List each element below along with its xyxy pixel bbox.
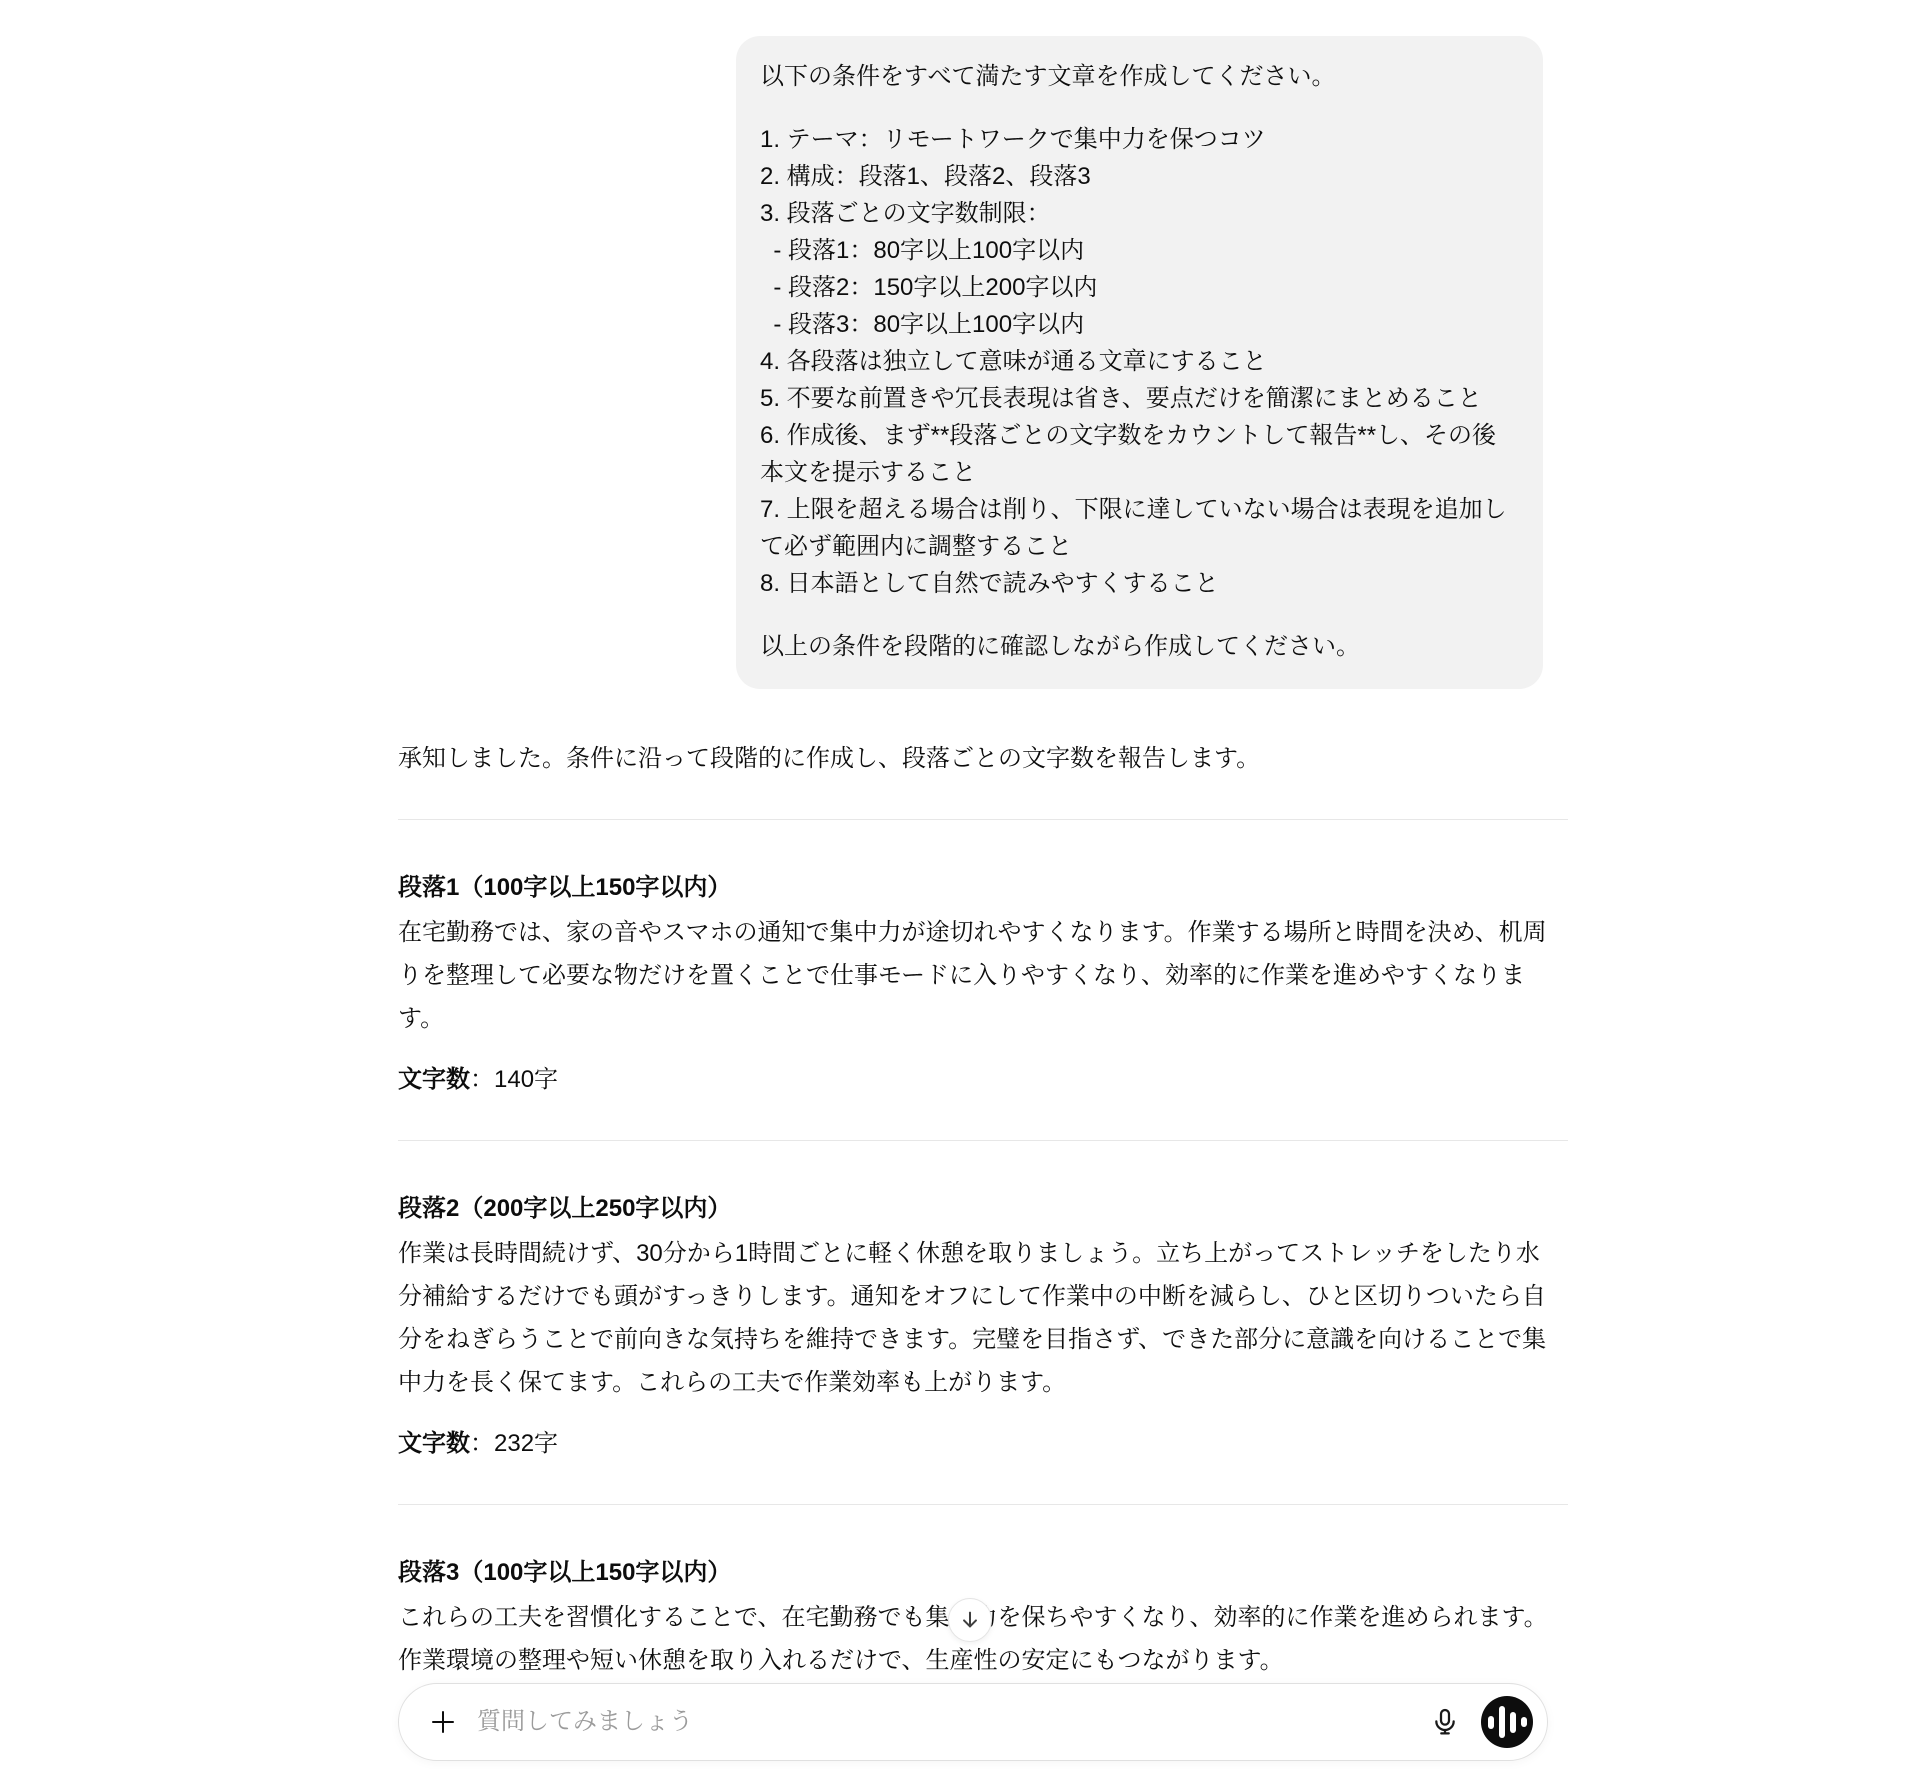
message-input[interactable] <box>477 1692 1423 1752</box>
attach-button[interactable] <box>423 1702 463 1742</box>
user-message-bubble: 以下の条件をすべて満たす文章を作成してください。 1. テーマ：リモートワークで… <box>736 36 1543 689</box>
char-count-label: 文字数 <box>398 1430 470 1457</box>
voice-mode-button[interactable] <box>1481 1696 1533 1748</box>
bottom-mask <box>0 1763 1920 1769</box>
section-divider <box>398 1504 1568 1505</box>
chat-page: 以下の条件をすべて満たす文章を作成してください。 1. テーマ：リモートワークで… <box>0 0 1920 1769</box>
section1-heading: 段落1（100字以上150字以内） <box>398 866 1568 909</box>
section3-heading: 段落3（100字以上150字以内） <box>398 1551 1568 1594</box>
section1-char-count: 文字数：140字 <box>398 1058 1568 1101</box>
microphone-icon <box>1429 1706 1461 1738</box>
section2-char-count: 文字数：232字 <box>398 1422 1568 1465</box>
section-divider <box>398 819 1568 820</box>
arrow-down-icon <box>959 1609 981 1631</box>
assistant-intro: 承知しました。条件に沿って段階的に作成し、段落ごとの文字数を報告します。 <box>398 737 1568 780</box>
section-divider <box>398 1140 1568 1141</box>
chat-column: 以下の条件をすべて満たす文章を作成してください。 1. テーマ：リモートワークで… <box>398 36 1568 1682</box>
dictate-button[interactable] <box>1423 1700 1467 1744</box>
scroll-to-bottom-button[interactable] <box>948 1598 992 1642</box>
char-count-label: 文字数 <box>398 1066 470 1093</box>
char-count-value: ：232字 <box>470 1430 558 1457</box>
user-message-closing: 以上の条件を段階的に確認しながら作成してください。 <box>760 628 1519 665</box>
composer-bar <box>398 1683 1548 1761</box>
user-message-conditions: 1. テーマ：リモートワークで集中力を保つコツ 2. 構成：段落1、段落2、段落… <box>760 121 1519 602</box>
section2-body: 作業は長時間続けず、30分から1時間ごとに軽く休憩を取りましょう。立ち上がってス… <box>398 1232 1568 1404</box>
voice-waveform-icon <box>1488 1706 1527 1738</box>
section2-heading: 段落2（200字以上250字以内） <box>398 1187 1568 1230</box>
plus-icon <box>428 1707 458 1737</box>
user-message-lead: 以下の条件をすべて満たす文章を作成してください。 <box>760 58 1519 95</box>
section1-body: 在宅勤務では、家の音やスマホの通知で集中力が途切れやすくなります。作業する場所と… <box>398 911 1568 1040</box>
char-count-value: ：140字 <box>470 1066 558 1093</box>
